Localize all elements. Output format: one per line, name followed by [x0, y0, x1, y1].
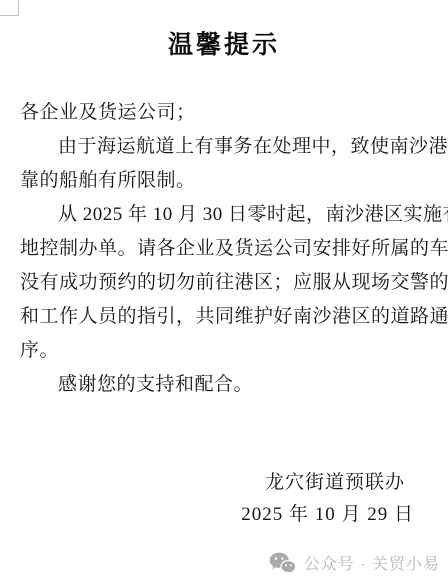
paragraph-line: 序。: [20, 334, 430, 368]
paragraph-line: 由于海运航道上有事务在处理中，致使南沙港区停: [20, 130, 430, 164]
paragraph-line: 和工作人员的指引，共同维护好南沙港区的道路通行秩: [20, 300, 430, 334]
closing-thanks-line: 感谢您的支持和配合。: [20, 368, 430, 402]
wechat-icon: [269, 552, 296, 574]
paragraph-line: 靠的船舶有所限制。: [20, 164, 430, 198]
notice-title: 温馨提示: [0, 25, 448, 61]
notice-page: 温馨提示 各企业及货运公司； 由于海运航道上有事务在处理中，致使南沙港区停 靠的…: [0, 0, 448, 581]
paragraph-line: 没有成功预约的切勿前往港区；应服从现场交警的调度: [20, 266, 430, 300]
text-boundary-corner-mark: [18, 0, 19, 16]
notice-body: 各企业及货运公司； 由于海运航道上有事务在处理中，致使南沙港区停 靠的船舶有所限…: [20, 96, 430, 402]
wechat-account-watermark: 公众号 · 关贸小易: [269, 551, 440, 574]
signature-date: 2025 年 10 月 29 日: [241, 499, 414, 531]
wechat-account-label: 公众号 · 关贸小易: [304, 551, 440, 574]
paragraph-line: 从 2025 年 10 月 30 日零时起，南沙港区实施有限制: [20, 198, 430, 232]
signature-block: 龙穴街道预联办 2025 年 10 月 29 日: [241, 467, 414, 531]
paragraph-line: 地控制办单。请各企业及货运公司安排好所属的车辆，: [20, 232, 430, 266]
salutation-line: 各企业及货运公司；: [20, 96, 430, 130]
text-boundary-corner-mark: [0, 15, 19, 16]
signature-org: 龙穴街道预联办: [241, 467, 414, 499]
